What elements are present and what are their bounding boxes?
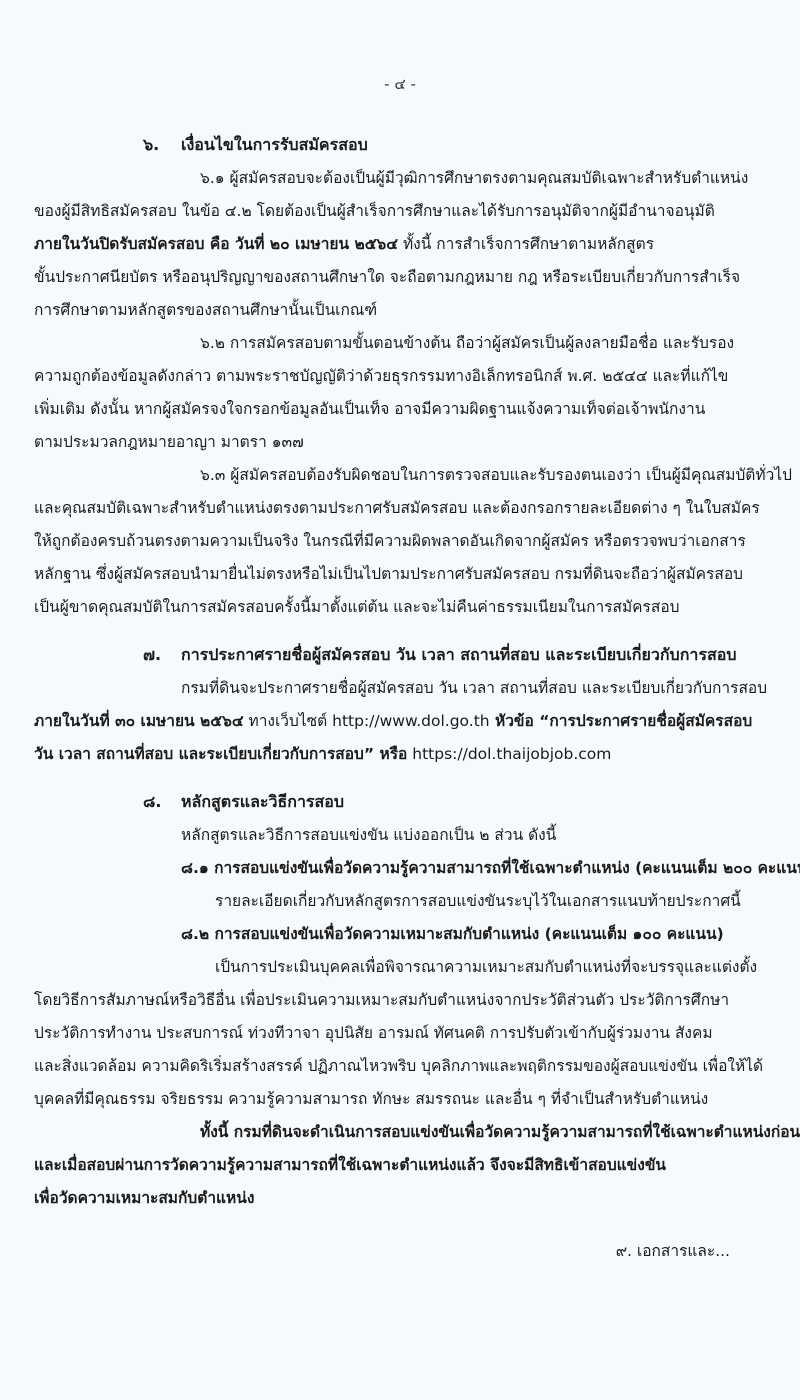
section-6-heading: ๖.เงื่อนไขในการรับสมัครสอบ xyxy=(143,130,368,160)
section-8-number: ๘. xyxy=(143,787,181,817)
para-7-line-2: ภายในวันที่ ๓๐ เมษายน ๒๕๖๔ ทางเว็บไซต์ h… xyxy=(34,706,752,736)
page-number: - ๔ - xyxy=(0,72,800,96)
para-6-3-line-2: และคุณสมบัติเฉพาะสำหรับตำแหน่งตรงตามประก… xyxy=(34,493,760,523)
para-6-3-line-4: หลักฐาน ซึ่งผู้สมัครสอบนำมายื่นไม่ตรงหรื… xyxy=(34,559,743,589)
closing-line-1: ทั้งนี้ กรมที่ดินจะดำเนินการสอบแข่งขันเพ… xyxy=(200,1117,800,1147)
para-6-1-line-3: ภายในวันปิดรับสมัครสอบ คือ วันที่ ๒๐ เมษ… xyxy=(34,229,654,259)
para-8-2-line-1: เป็นการประเมินบุคคลเพื่อพิจารณาความเหมาะ… xyxy=(215,952,757,982)
continuation-marker: ๙. เอกสารและ... xyxy=(616,1238,730,1263)
para-6-2-line-1: ๖.๒ การสมัครสอบตามขั้นตอนข้างต้น ถือว่าผ… xyxy=(200,328,734,358)
para-6-1-line-2: ของผู้มีสิทธิสมัครสอบ ในข้อ ๔.๒ โดยต้องเ… xyxy=(34,196,715,226)
para-6-1-text: ทั้งนี้ การสำเร็จการศึกษาตามหลักสูตร xyxy=(398,235,654,253)
para-8-intro: หลักสูตรและวิธีการสอบแข่งขัน แบ่งออกเป็น… xyxy=(181,820,556,850)
announcement-topic: หัวข้อ “การประกาศรายชื่อผู้สมัครสอบ xyxy=(490,712,753,730)
para-7-line-3: วัน เวลา สถานที่สอบ และระเบียบเกี่ยวกับก… xyxy=(34,739,611,769)
section-6-number: ๖. xyxy=(143,130,181,160)
para-6-3-line-5: เป็นผู้ขาดคุณสมบัติในการสมัครสอบครั้งนี้… xyxy=(34,592,679,622)
dol-website-link[interactable]: http://www.dol.go.th xyxy=(332,712,489,730)
section-6-title: เงื่อนไขในการรับสมัครสอบ xyxy=(181,135,368,154)
para-6-2-line-3: เพิ่มเติม ดังนั้น หากผู้สมัครจงใจกรอกข้อ… xyxy=(34,394,705,424)
para-6-2-line-4: ตามประมวลกฎหมายอาญา มาตรา ๑๓๗ xyxy=(34,427,304,457)
announcement-topic-cont: วัน เวลา สถานที่สอบ และระเบียบเกี่ยวกับก… xyxy=(34,745,407,763)
thaijobjob-link[interactable]: https://dol.thaijobjob.com xyxy=(407,745,611,763)
closing-line-2: และเมื่อสอบผ่านการวัดความรู้ความสามารถที… xyxy=(34,1150,666,1180)
subsection-8-2-title: ๘.๒ การสอบแข่งขันเพื่อวัดความเหมาะสมกับต… xyxy=(181,919,724,949)
para-8-2-line-4: และสิ่งแวดล้อม ความคิดริเริ่มสร้างสรรค์ … xyxy=(34,1051,763,1081)
para-6-3-line-1: ๖.๓ ผู้สมัครสอบต้องรับผิดชอบในการตรวจสอบ… xyxy=(200,460,792,490)
para-7-line-1: กรมที่ดินจะประกาศรายชื่อผู้สมัครสอบ วัน … xyxy=(181,673,767,703)
section-7-title: การประกาศรายชื่อผู้สมัครสอบ วัน เวลา สถา… xyxy=(181,645,736,664)
document-page: - ๔ - ๖.เงื่อนไขในการรับสมัครสอบ ๖.๑ ผู้… xyxy=(0,0,800,1400)
announcement-date: ภายในวันที่ ๓๐ เมษายน ๒๕๖๔ xyxy=(34,712,244,730)
para-6-2-line-2: ความถูกต้องข้อมูลดังกล่าว ตามพระราชบัญญั… xyxy=(34,361,728,391)
para-6-1-line-4: ขั้นประกาศนียบัตร หรืออนุปริญญาของสถานศึ… xyxy=(34,262,740,292)
para-7-text: ทางเว็บไซต์ xyxy=(244,712,333,730)
section-7-number: ๗. xyxy=(143,640,181,670)
subsection-8-1-title: ๘.๑ การสอบแข่งขันเพื่อวัดความรู้ความสามา… xyxy=(181,853,800,883)
closing-line-3: เพื่อวัดความเหมาะสมกับตำแหน่ง xyxy=(34,1183,254,1213)
para-6-1-line-1: ๖.๑ ผู้สมัครสอบจะต้องเป็นผู้มีวุฒิการศึก… xyxy=(200,163,748,193)
para-6-3-line-3: ให้ถูกต้องครบถ้วนตรงตามความเป็นจริง ในกร… xyxy=(34,526,746,556)
application-deadline: ภายในวันปิดรับสมัครสอบ คือ วันที่ ๒๐ เมษ… xyxy=(34,235,398,253)
section-8-title: หลักสูตรและวิธีการสอบ xyxy=(181,792,344,811)
subsection-8-1-text: รายละเอียดเกี่ยวกับหลักสูตรการสอบแข่งขัน… xyxy=(215,886,741,916)
para-8-2-line-3: ประวัติการทำงาน ประสบการณ์ ท่วงทีวาจา อุ… xyxy=(34,1018,713,1048)
para-8-2-line-2: โดยวิธีการสัมภาษณ์หรือวิธีอื่น เพื่อประเ… xyxy=(34,985,729,1015)
para-6-1-line-5: การศึกษาตามหลักสูตรของสถานศึกษานั้นเป็นเ… xyxy=(34,295,377,325)
section-8-heading: ๘.หลักสูตรและวิธีการสอบ xyxy=(143,787,344,817)
section-7-heading: ๗.การประกาศรายชื่อผู้สมัครสอบ วัน เวลา ส… xyxy=(143,640,736,670)
para-8-2-line-5: บุคคลที่มีคุณธรรม จริยธรรม ความรู้ความสา… xyxy=(34,1084,708,1114)
